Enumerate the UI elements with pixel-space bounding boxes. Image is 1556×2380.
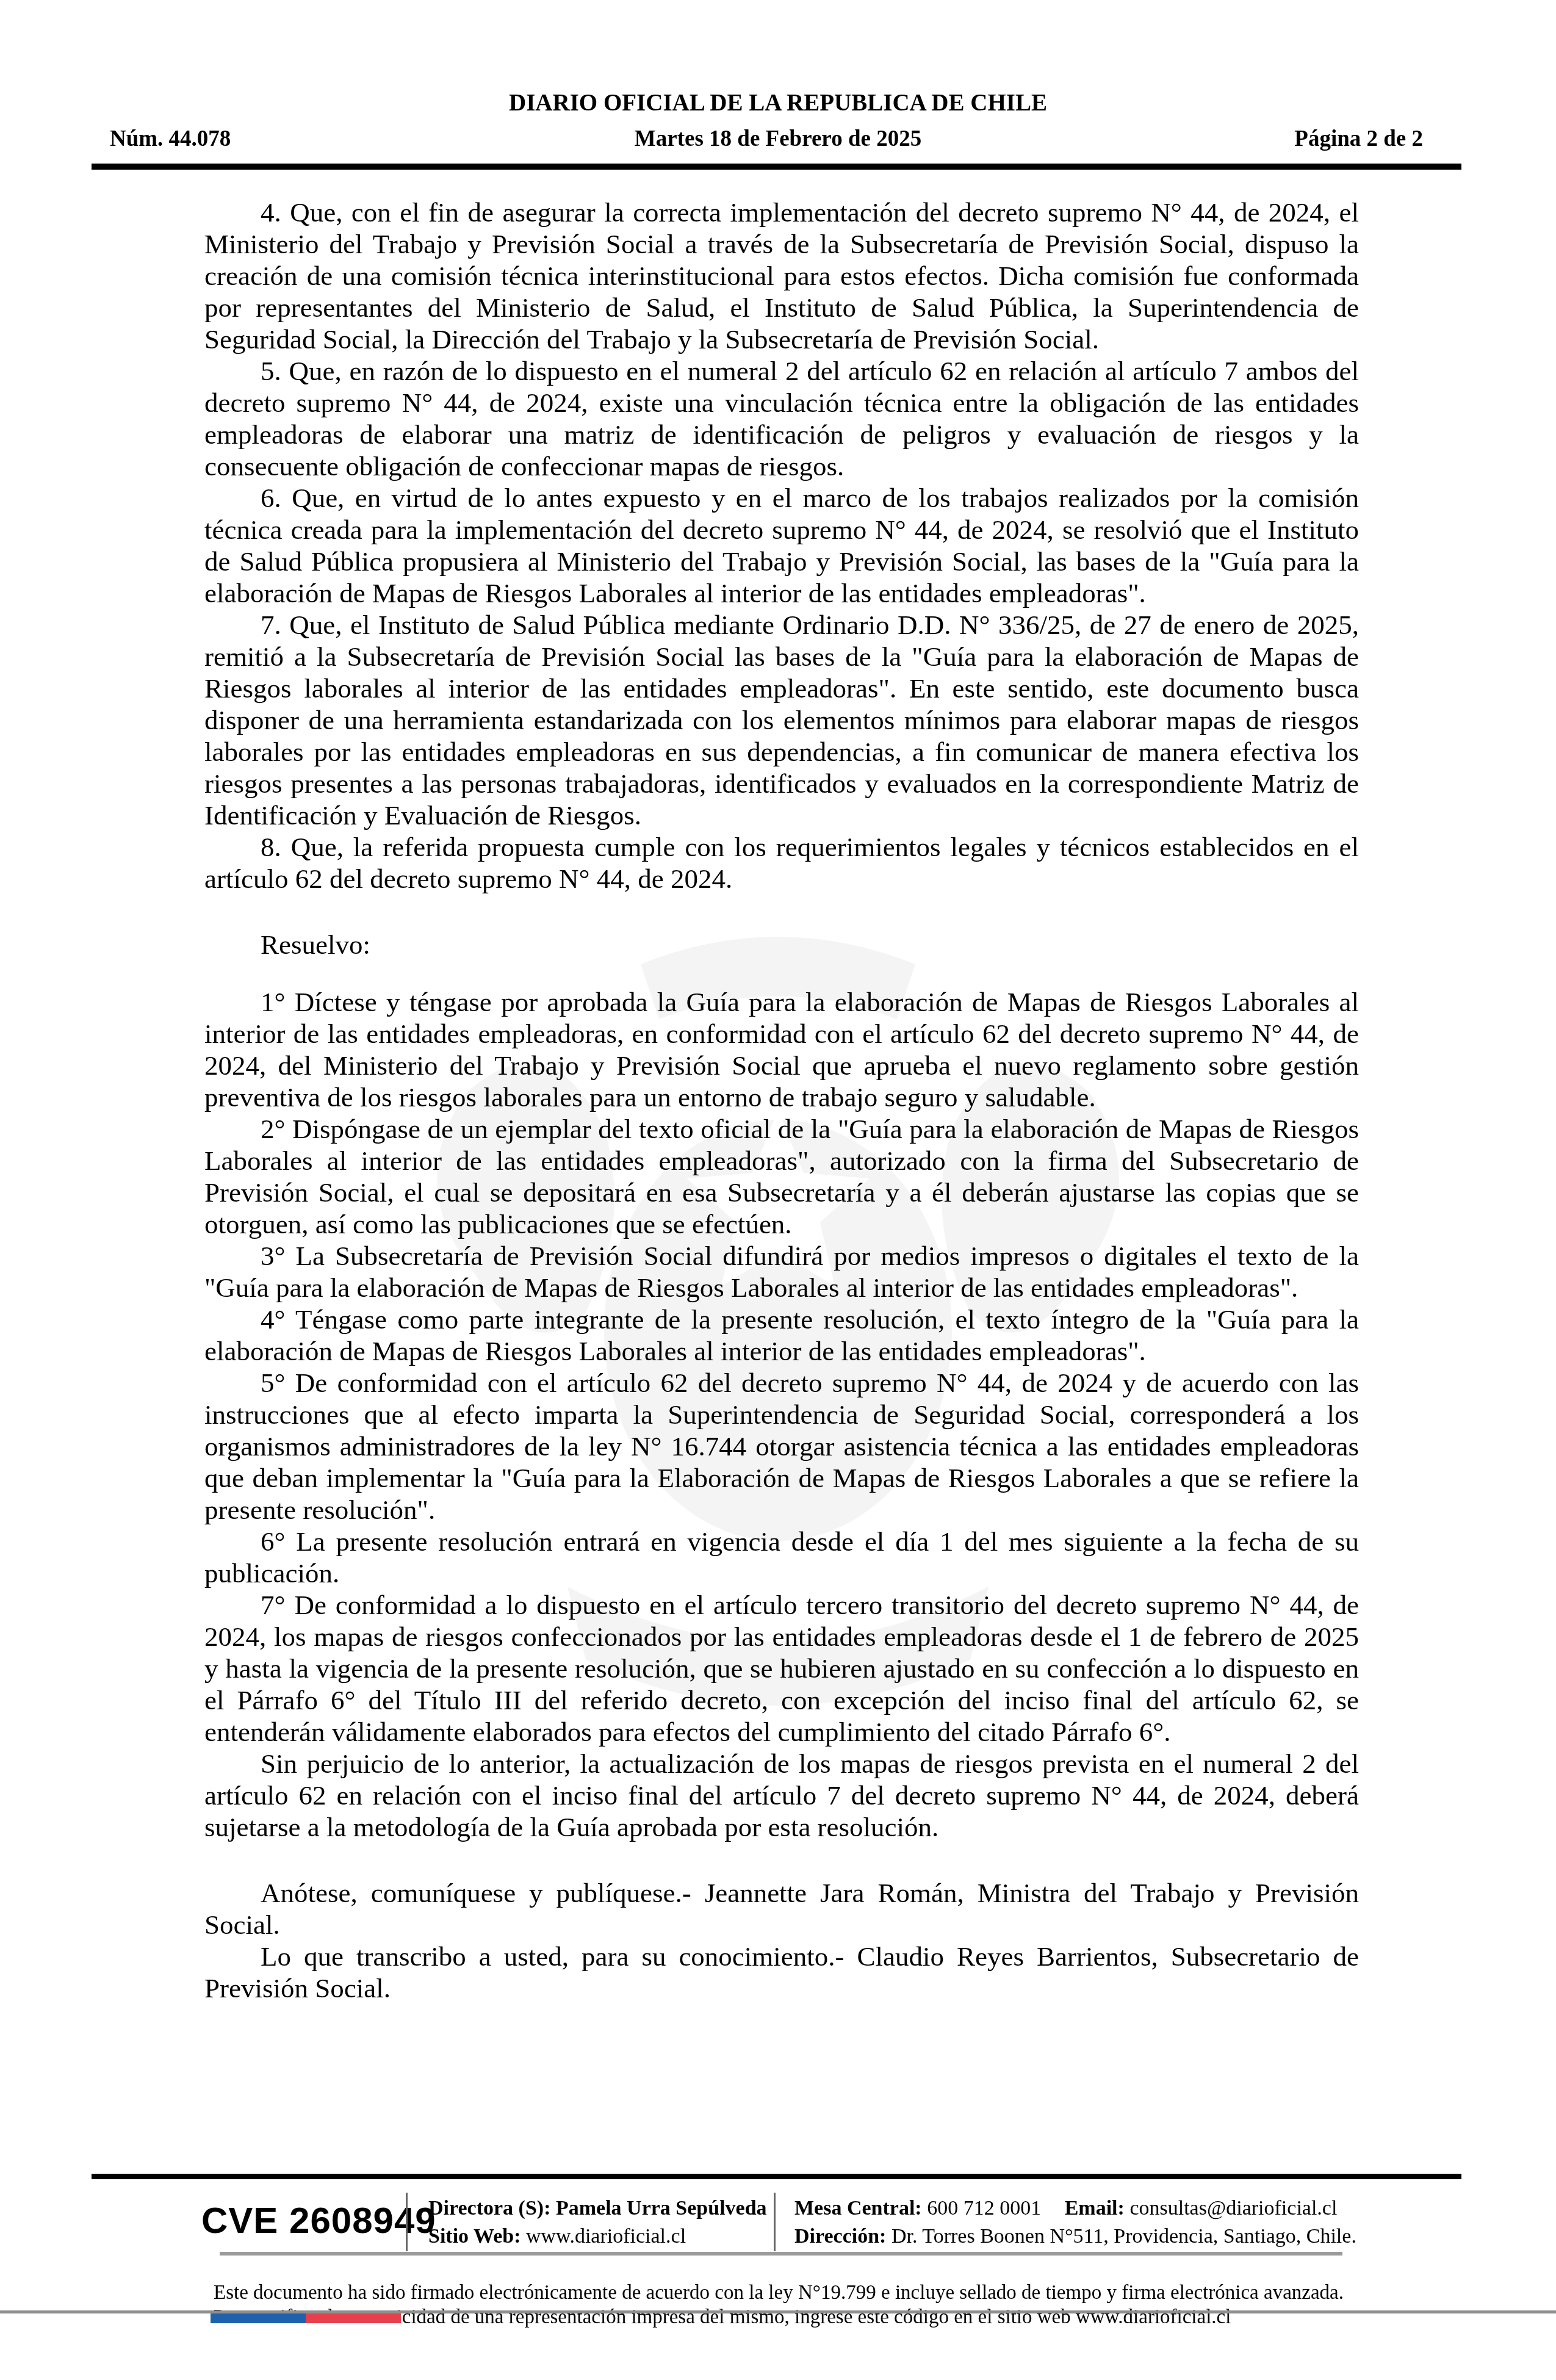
website-url: www.diarioficial.cl	[526, 2225, 686, 2248]
footer-divider-2	[774, 2193, 776, 2251]
considerando-5: 5. Que, en razón de lo dispuesto en el n…	[204, 355, 1359, 482]
considerando-7: 7. Que, el Instituto de Salud Pública me…	[204, 609, 1359, 831]
footer-gray-rule	[220, 2252, 1342, 2256]
newspaper-title: DIARIO OFICIAL DE LA REPUBLICA DE CHILE	[0, 89, 1556, 117]
resolucion-2: 2° Dispóngase de un ejemplar del texto o…	[204, 1113, 1359, 1240]
header-rule	[92, 164, 1461, 170]
resolucion-5: 5° De conformidad con el artículo 62 del…	[204, 1367, 1359, 1526]
closing-transcripcion: Lo que transcribo a usted, para su conoc…	[204, 1941, 1359, 2004]
considerando-6: 6. Que, en virtud de lo antes expuesto y…	[204, 482, 1359, 609]
resolucion-1: 1° Díctese y téngase por aprobada la Guí…	[204, 986, 1359, 1113]
resolucion-3: 3° La Subsecretaría de Previsión Social …	[204, 1240, 1359, 1304]
footer-director-block: Directora (S): Pamela Urra Sepúlveda Sit…	[428, 2194, 767, 2251]
resolucion-4: 4° Téngase como parte integrante de la p…	[204, 1304, 1359, 1367]
resolucion-7: 7° De conformidad a lo dispuesto en el a…	[204, 1589, 1359, 1748]
document-body: 4. Que, con el fin de asegurar la correc…	[204, 197, 1359, 2004]
resolucion-sin-perjuicio: Sin perjuicio de lo anterior, la actuali…	[204, 1748, 1359, 1843]
address-value: Dr. Torres Boonen N°511, Providencia, Sa…	[891, 2225, 1356, 2248]
address-line: Dirección: Dr. Torres Boonen N°511, Prov…	[794, 2223, 1356, 2251]
director-name: Pamela Urra Sepúlveda	[556, 2197, 767, 2220]
phone-number: 600 712 0001	[927, 2197, 1041, 2220]
email-label: Email:	[1065, 2197, 1125, 2220]
cve-code: CVE 2608949	[201, 2199, 436, 2241]
email-address: consultas@diarioficial.cl	[1129, 2197, 1337, 2220]
flag-red-block	[306, 2313, 401, 2323]
footer-top-rule	[92, 2174, 1461, 2179]
footer-divider-1	[406, 2193, 408, 2251]
chile-government-flag	[211, 2313, 401, 2323]
closing-anotese: Anótese, comuníquese y publíquese.- Jean…	[204, 1877, 1359, 1941]
footer-contact-block: Mesa Central: 600 712 0001 Email: consul…	[794, 2194, 1356, 2251]
document-page: DIARIO OFICIAL DE LA REPUBLICA DE CHILE …	[0, 0, 1556, 2380]
considerando-4: 4. Que, con el fin de asegurar la correc…	[204, 197, 1359, 355]
address-label: Dirección:	[794, 2225, 886, 2248]
phone-email-line: Mesa Central: 600 712 0001 Email: consul…	[794, 2194, 1356, 2223]
resuelvo-heading: Resuelvo:	[204, 929, 1359, 961]
resolucion-6: 6° La presente resolución entrará en vig…	[204, 1526, 1359, 1589]
page-number: Página 2 de 2	[1294, 126, 1423, 152]
director-label: Directora (S):	[428, 2197, 550, 2220]
director-line: Directora (S): Pamela Urra Sepúlveda	[428, 2194, 767, 2223]
website-label: Sitio Web:	[428, 2225, 520, 2248]
considerando-8: 8. Que, la referida propuesta cumple con…	[204, 831, 1359, 895]
website-line: Sitio Web: www.diarioficial.cl	[428, 2223, 767, 2251]
phone-label: Mesa Central:	[794, 2197, 922, 2220]
flag-blue-block	[211, 2313, 306, 2323]
